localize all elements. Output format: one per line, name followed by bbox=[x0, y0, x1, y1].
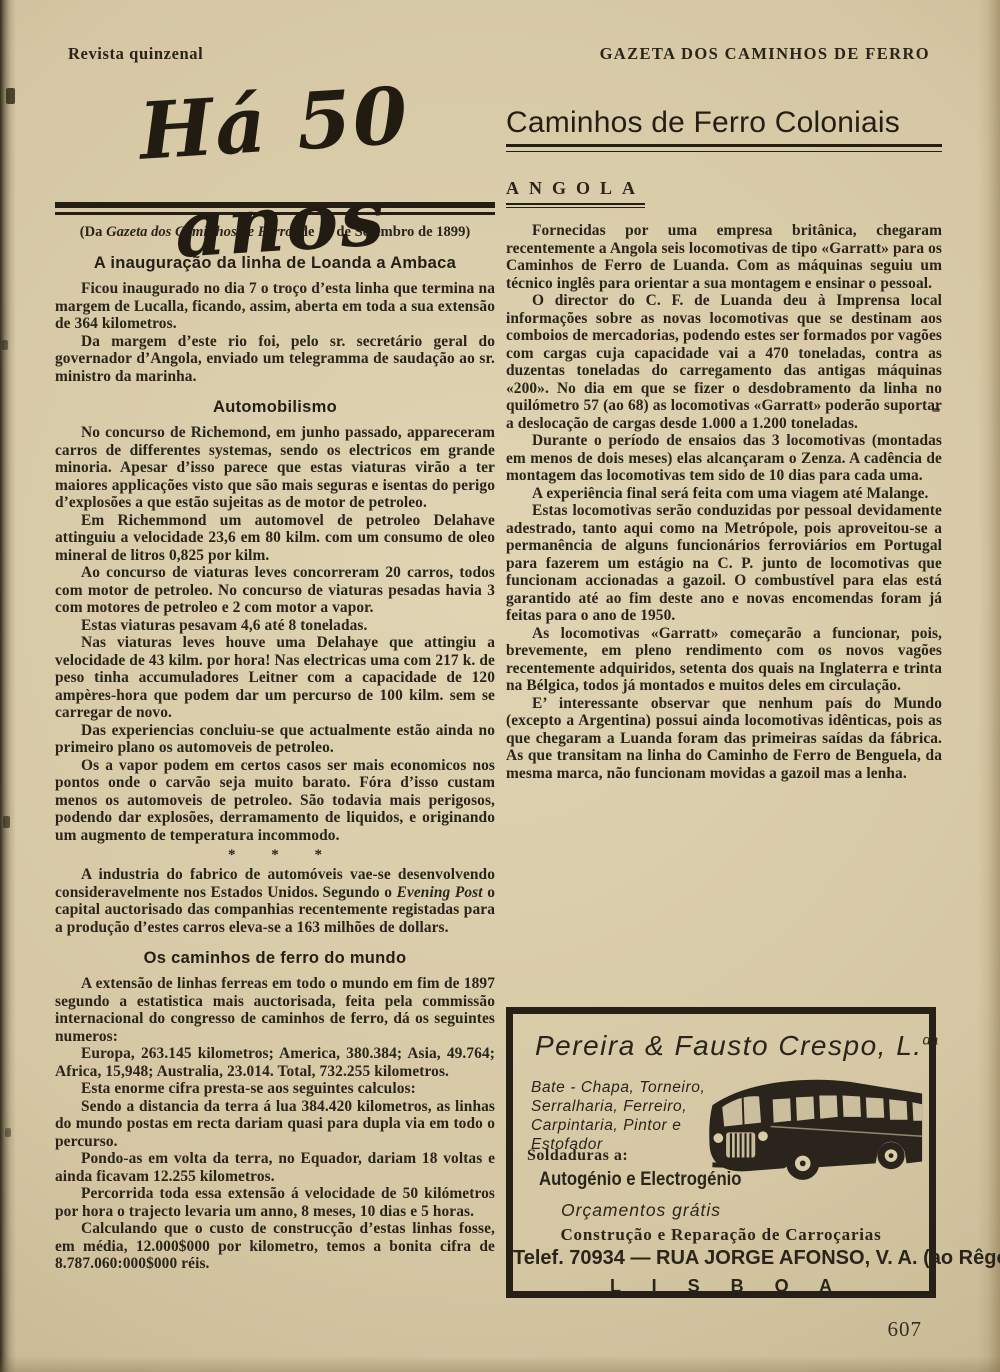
section-heading-automobilismo: Automobilismo bbox=[55, 398, 495, 417]
scanned-newspaper-page: Revista quinzenal GAZETA DOS CAMINHOS DE… bbox=[0, 0, 1000, 1372]
article-title-coloniais: Caminhos de Ferro Coloniais bbox=[506, 106, 942, 140]
underline-thick bbox=[506, 203, 645, 205]
text-segment-italic: Evening Post bbox=[397, 884, 483, 901]
underline-thin bbox=[506, 207, 645, 208]
paragraph: Nas viaturas leves houve uma Delahaye qu… bbox=[55, 634, 495, 722]
page-number: 607 bbox=[888, 1317, 923, 1342]
ad-soldaduras-label: Soldaduras a: bbox=[527, 1147, 628, 1165]
paragraph: Durante o período de ensaios das 3 locom… bbox=[506, 432, 942, 485]
paragraph: Europa, 263.145 kilometros; America, 380… bbox=[55, 1045, 495, 1080]
paragraph: Da margem d’este rio foi, pelo sr. secre… bbox=[55, 333, 495, 386]
paragraph: Esta enorme cifra presta-se aos seguinte… bbox=[55, 1080, 495, 1098]
paragraph: Calculando que o custo de construcção d’… bbox=[55, 1220, 495, 1273]
paragraph: Pondo-as em volta da terra, no Equador, … bbox=[55, 1150, 495, 1185]
paragraph: A experiência final será feita com uma v… bbox=[506, 485, 942, 503]
company-text: Pereira & Fausto Crespo, L. bbox=[535, 1030, 923, 1061]
section-heading-mundo: Os caminhos de ferro do mundo bbox=[55, 949, 495, 968]
left-column: Há 50 anos (Da Gazeta dos Caminhos de Fe… bbox=[55, 44, 495, 1273]
ad-orcamentos: Orçamentos grátis bbox=[561, 1200, 721, 1221]
paragraph: Percorrida toda essa extensão á velocida… bbox=[55, 1185, 495, 1220]
right-column: Caminhos de Ferro Coloniais ANGOLA Forne… bbox=[506, 44, 942, 782]
script-title-ha-50-anos: Há 50 anos bbox=[52, 61, 498, 196]
paragraph: Ficou inaugurado no dia 7 o troço d’esta… bbox=[55, 280, 495, 333]
ad-city: L I S B O A bbox=[513, 1276, 929, 1297]
subsection-label: ANGOLA bbox=[506, 178, 645, 198]
page-edge-bottom bbox=[0, 1356, 1000, 1372]
paragraph: O director do C. F. de Luanda deu à Impr… bbox=[506, 292, 942, 432]
paragraph: Fornecidas por uma empresa britânica, ch… bbox=[506, 222, 942, 292]
page-edge-right bbox=[978, 0, 1000, 1372]
scan-speck bbox=[2, 340, 8, 350]
scan-speck bbox=[6, 88, 15, 104]
asterisk-divider: * * * bbox=[55, 847, 495, 864]
paragraph: Estas locomotivas serão conduzidas por p… bbox=[506, 502, 942, 625]
bus-illustration-icon bbox=[697, 1066, 925, 1193]
paragraph: A industria do fabrico de automóveis vae… bbox=[55, 866, 495, 936]
scan-speck bbox=[3, 816, 10, 828]
paragraph: A extensão de linhas ferreas em todo o m… bbox=[55, 975, 495, 1045]
ad-construcao: Construção e Reparação de Carroçarias bbox=[513, 1225, 929, 1245]
paragraph: E’ interessante observar que nenhum país… bbox=[506, 695, 942, 783]
paragraph: Sendo a distancia da terra á lua 384.420… bbox=[55, 1098, 495, 1151]
double-rule bbox=[506, 144, 942, 152]
paragraph: Ao concurso de viaturas leves concorrera… bbox=[55, 564, 495, 617]
paragraph: Em Richemmond um automovel de petroleo D… bbox=[55, 512, 495, 565]
scan-speck bbox=[5, 1128, 11, 1137]
paragraph: Das experiencias concluiu-se que actualm… bbox=[55, 722, 495, 757]
company-suffix: da bbox=[923, 1032, 939, 1048]
ad-telephone-address: Telef. 70934 — RUA JORGE AFONSO, V. A. (… bbox=[513, 1247, 929, 1270]
ad-company-name: Pereira & Fausto Crespo, L.da bbox=[535, 1030, 938, 1062]
paragraph: Estas viaturas pesavam 4,6 até 8 tonelad… bbox=[55, 617, 495, 635]
paragraph: No concurso de Richemond, em junho passa… bbox=[55, 424, 495, 512]
source-prefix: (Da bbox=[80, 224, 106, 240]
subsection-angola: ANGOLA bbox=[506, 178, 645, 208]
paragraph: Os a vapor podem em certos casos ser mai… bbox=[55, 757, 495, 845]
binding-edge bbox=[0, 0, 16, 1372]
advertisement-box: Pereira & Fausto Crespo, L.da Bate - Cha… bbox=[506, 1007, 936, 1298]
paragraph: As locomotivas «Garratt» começarão a fun… bbox=[506, 625, 942, 695]
